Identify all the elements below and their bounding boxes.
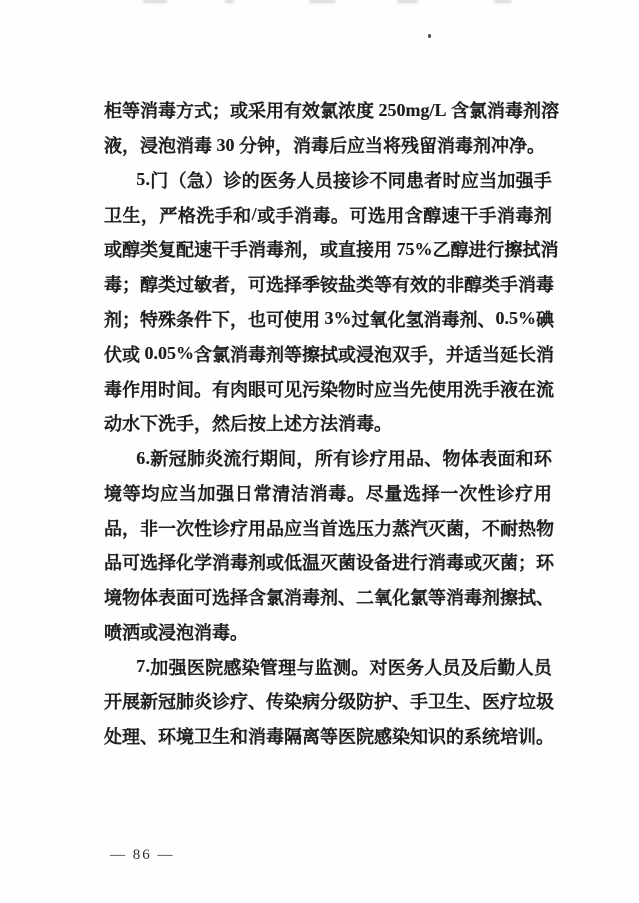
text-line: 境物体表面可选择含氯消毒剂、二氧化氯等消毒剂擦拭、 [104,580,552,615]
text-line: 喷洒或浸泡消毒。 [104,614,552,649]
scan-smudge [225,0,234,3]
text-line: 6.新冠肺炎流行期间，所有诊疗用品、物体表面和环 [104,441,552,476]
text-line: 处理、环境卫生和消毒隔离等医院感染知识的系统培训。 [104,719,552,754]
scan-smudge [143,0,167,3]
text-line: 卫生，严格洗手和/或手消毒。可选用含醇速干手消毒剂 [104,197,552,232]
text-line: 剂；特殊条件下，也可使用 3%过氧化氢消毒剂、0.5%碘 [104,302,552,337]
text-line: 毒作用时间。有肉眼可见污染物时应当先使用洗手液在流 [104,371,552,406]
text-line: 品可选择化学消毒剂或低温灭菌设备进行消毒或灭菌；环 [104,545,552,580]
text-block: 柜等消毒方式；或采用有效氯浓度 250mg/L 含氯消毒剂溶液，浸泡消毒 30 … [104,93,552,754]
text-line: 7.加强医院感染管理与监测。对医务人员及后勤人员 [104,649,552,684]
text-line: 5.门（急）诊的医务人员接诊不同患者时应当加强手 [104,163,552,198]
scan-smudge [397,0,418,3]
scan-smudge [309,0,336,3]
text-line: 或醇类复配速干手消毒剂，或直接用 75%乙醇进行擦拭消 [104,232,552,267]
text-line: 伏或 0.05%含氯消毒剂等擦拭或浸泡双手，并适当延长消 [104,336,552,371]
text-line: 柜等消毒方式；或采用有效氯浓度 250mg/L 含氯消毒剂溶 [104,93,552,128]
text-line: 开展新冠肺炎诊疗、传染病分级防护、手卫生、医疗垃圾 [104,684,552,719]
scan-smudge [494,0,512,3]
text-line: 液，浸泡消毒 30 分钟，消毒后应当将残留消毒剂冲净。 [104,128,552,163]
text-line: 动水下洗手，然后按上述方法消毒。 [104,406,552,441]
text-line: 境等均应当加强日常清洁消毒。尽量选择一次性诊疗用 [104,475,552,510]
page-number: — 86 — [110,847,175,864]
text-line: 毒；醇类过敏者，可选择季铵盐类等有效的非醇类手消毒 [104,267,552,302]
text-line: 品，非一次性诊疗用品应当首选压力蒸汽灭菌，不耐热物 [104,510,552,545]
document-page: 柜等消毒方式；或采用有效氯浓度 250mg/L 含氯消毒剂溶液，浸泡消毒 30 … [0,0,639,903]
scan-speck [428,34,431,38]
